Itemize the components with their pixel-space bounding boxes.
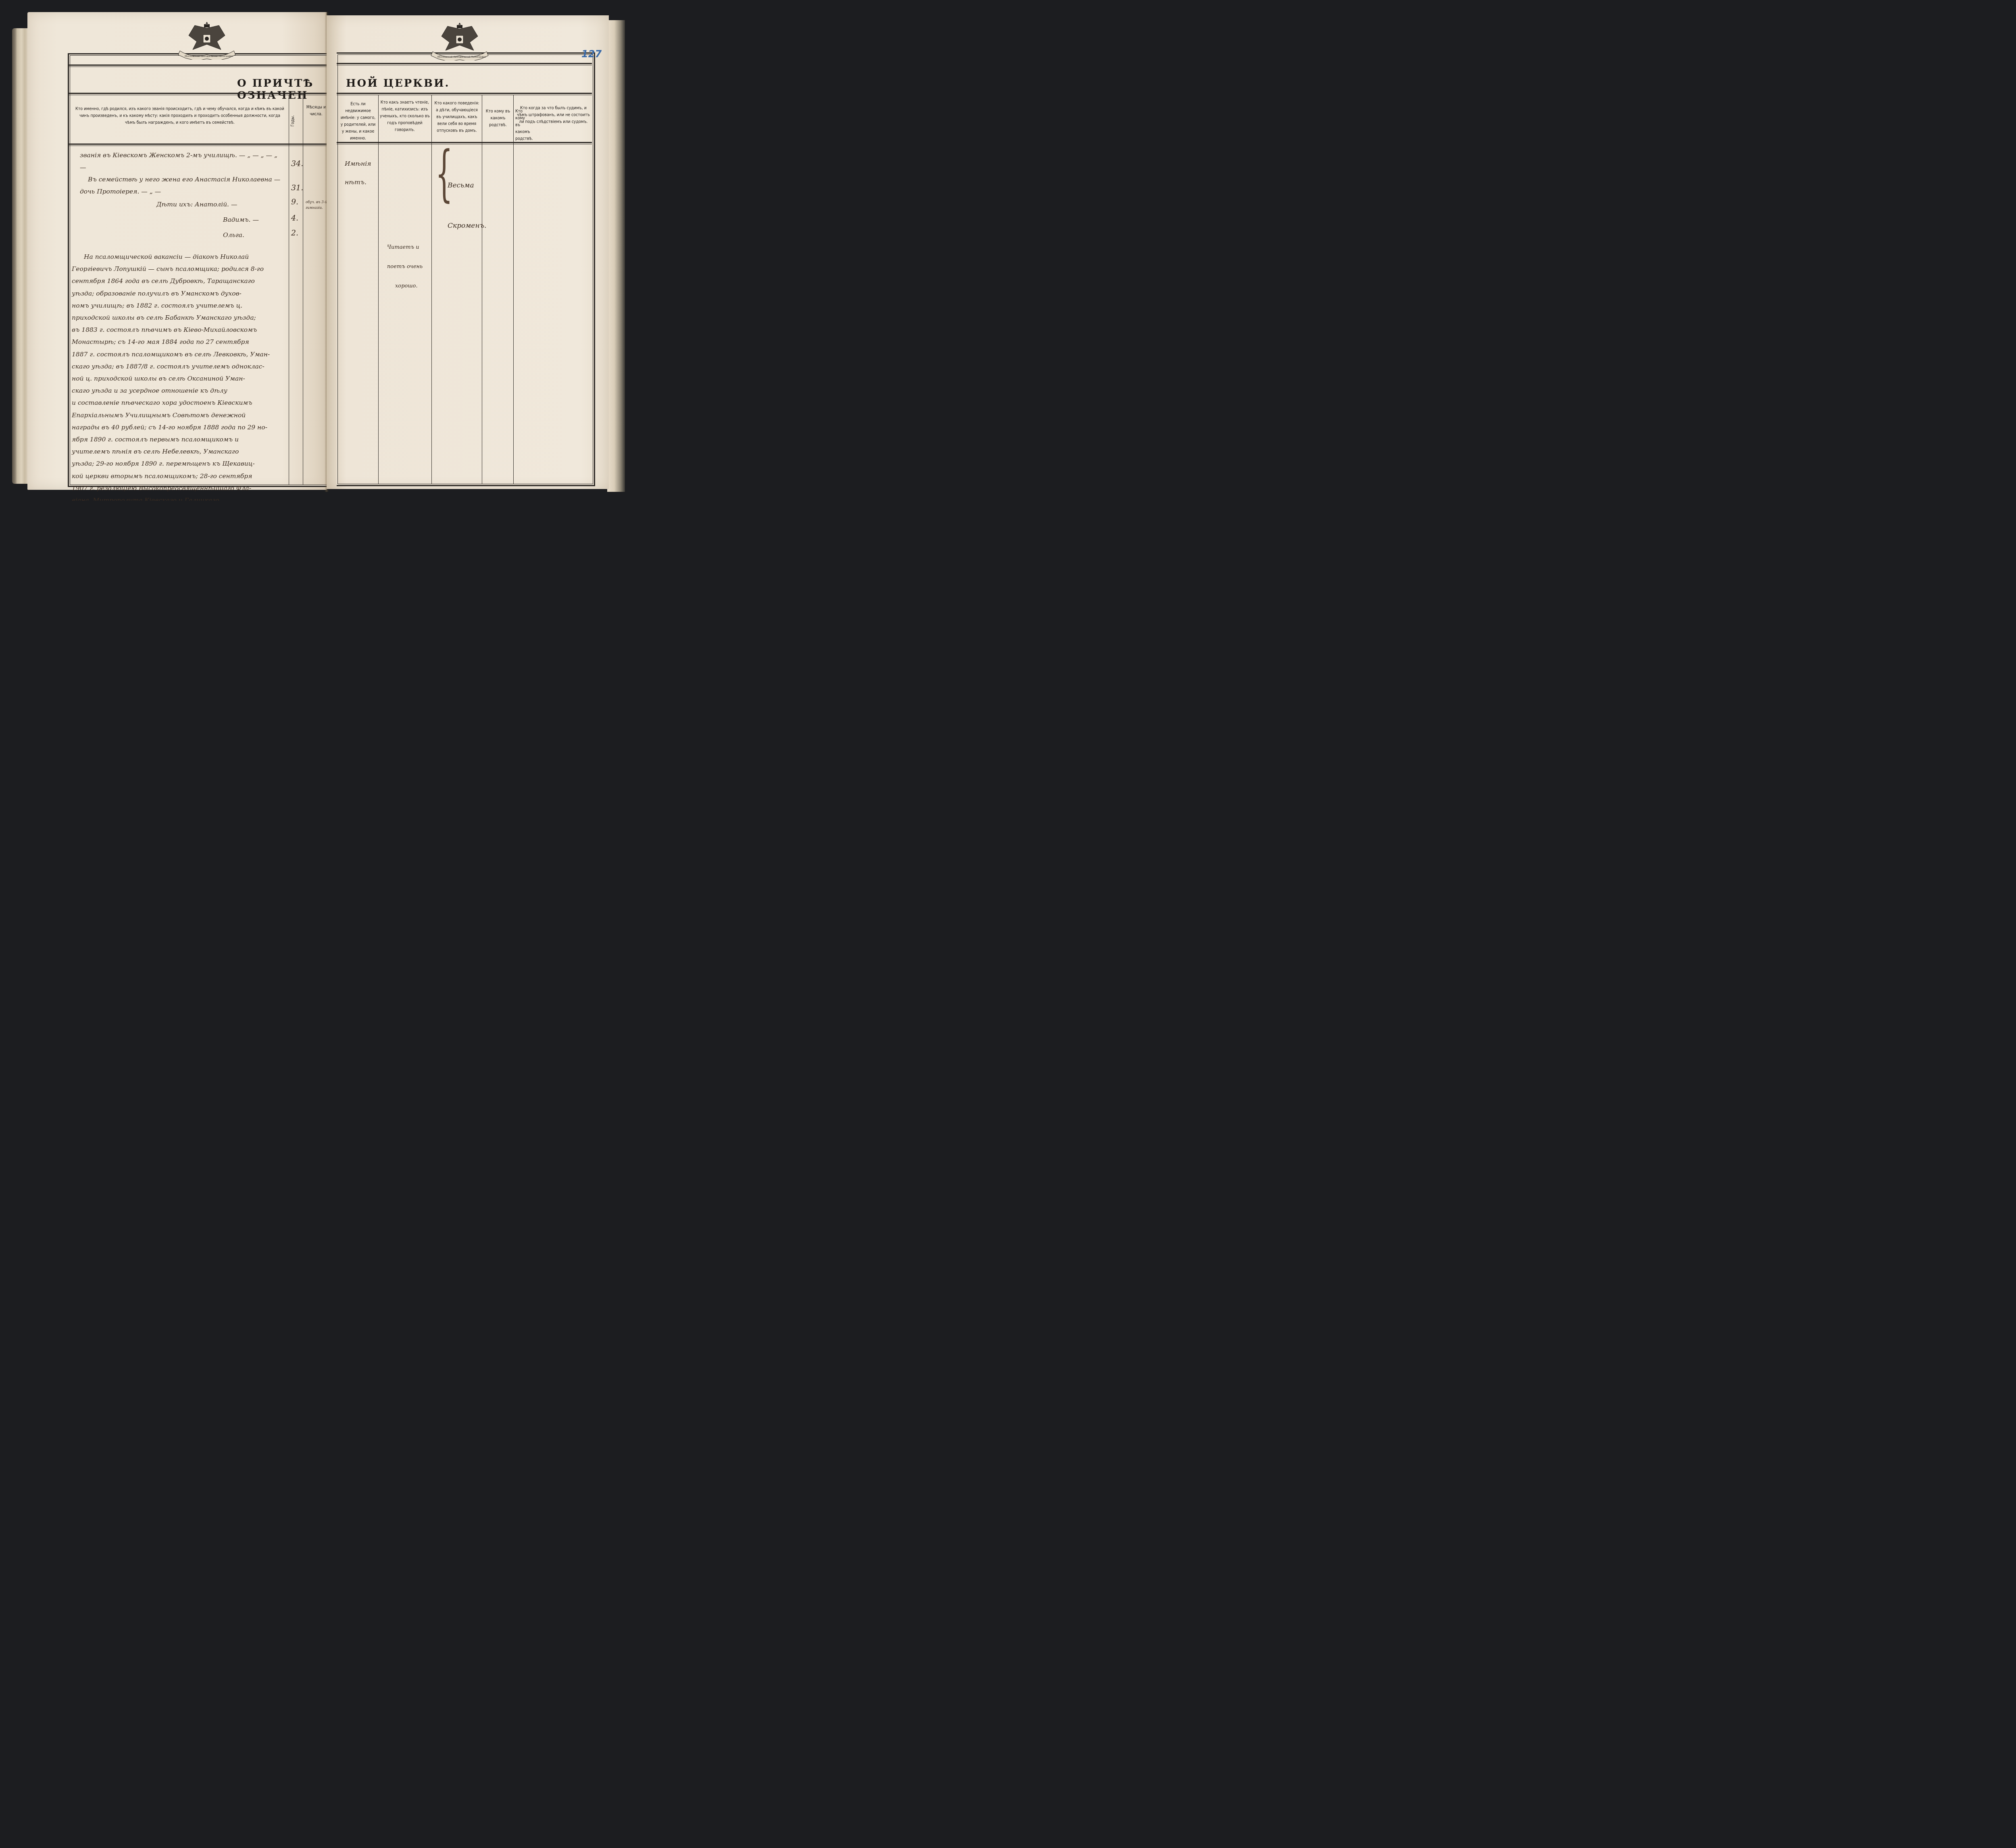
column-divider	[431, 95, 432, 484]
biography-line: Епархіальнымъ Училищнымъ Совѣтомъ денежн…	[72, 409, 289, 421]
header-rule-top	[69, 65, 330, 67]
biography-line: и составленіе пѣвческаго хора удостоенъ …	[72, 397, 289, 409]
page-title-left: О ПРИЧТѢ ОЗНАЧЕН	[237, 77, 327, 102]
imperial-eagle-emblem-icon: Московской Синодальной Типографіи	[429, 20, 490, 60]
imperial-eagle-emblem-icon: Московской Синодальной Типографіи	[177, 19, 237, 60]
column-header-property: Есть ли недвижимое имѣніе: у самого, у р…	[339, 101, 377, 142]
biography-line: учителемъ пѣнія въ селѣ Небелевкѣ, Уманс…	[72, 445, 289, 458]
column-header-main: Кто именно, гдѣ родился, изъ какого зван…	[75, 106, 285, 126]
column-header-years: Годы.	[289, 109, 302, 133]
biography-paragraph: На псаломщической вакансіи — діаконъ Ник…	[72, 251, 289, 501]
family-entry: Дѣти ихъ: Анатолій. —	[156, 198, 237, 210]
header-table-rule	[69, 144, 330, 146]
book-page-edge-left	[12, 28, 29, 484]
family-entry: Вадимъ. —	[223, 214, 259, 226]
biography-line: кой церкви вторымъ псаломщикомъ; 28-го с…	[72, 470, 289, 482]
column-divider	[482, 95, 482, 484]
biography-line: въ 1883 г. состоялъ пѣвчимъ въ Кіево-Мих…	[72, 324, 289, 336]
right-page: Московской Синодальной Типографіи 127 НО…	[327, 15, 609, 489]
age-value: 34.	[291, 159, 303, 168]
knowledge-entry: Читаетъ и поетъ очень хорошо.	[387, 238, 423, 296]
behavior-entry: Весьма Скроменъ.	[448, 165, 486, 246]
biography-line: 1887 г. состоялъ псаломщикомъ въ селѣ Ле…	[72, 348, 289, 360]
behavior-line: Скроменъ.	[448, 206, 486, 246]
age-value: 31.	[291, 183, 303, 192]
column-divider	[513, 95, 514, 484]
biography-line: На псаломщической вакансіи — діаконъ Ник…	[72, 251, 289, 263]
biography-line: сентября 1864 года въ селѣ Дубровкѣ, Тар…	[72, 275, 289, 287]
left-page: Московской Синодальной Типографіи О ПРИЧ…	[27, 12, 327, 490]
biography-line: номъ училищѣ; въ 1882 г. состоялъ учител…	[72, 300, 289, 312]
column-header-behavior: Кто какого поведенія: а дѣти, обучающіес…	[433, 100, 481, 134]
biography-line: ября 1890 г. состоялъ первымъ псаломщико…	[72, 433, 289, 445]
biography-line: скаго уѣзда и за усердное отношеніе къ д…	[72, 385, 289, 397]
behavior-line: Весьма	[448, 165, 486, 206]
family-entry: званія въ Кіевскомъ Женскомъ 2-мъ училищ…	[80, 149, 283, 173]
open-register-book: Московской Синодальной Типографіи О ПРИЧ…	[12, 12, 625, 496]
knowledge-line: Читаетъ и	[387, 238, 423, 257]
page-number: 127	[581, 48, 602, 60]
header-table-rule	[337, 142, 592, 144]
header-rule-top	[337, 63, 592, 65]
property-entry: Имѣнія нѣтъ.	[345, 154, 377, 191]
biography-line: скаго уѣзда; въ 1887/8 г. состоялъ учите…	[72, 360, 289, 373]
column-header-court: Кто когда за что былъ судимъ, и чѣмъ штр…	[516, 105, 591, 125]
family-entry: Въ семействѣ у него жена его Анастасія Н…	[80, 173, 283, 198]
biography-line: ной ц. приходской школы въ селѣ Оксанино…	[72, 373, 289, 385]
biography-line: награды въ 40 рублей; съ 14-го ноября 18…	[72, 421, 289, 433]
knowledge-line: поетъ очень	[387, 257, 423, 277]
column-divider	[378, 95, 379, 484]
header-rule-bottom	[69, 93, 330, 95]
column-header-knowledge: Кто какъ знаетъ чтеніе, пѣніе, катихизис…	[380, 99, 430, 133]
ribbon-text: Московской Синодальной Типографіи	[185, 55, 233, 58]
property-line: нѣтъ.	[345, 173, 377, 191]
biography-line: Георгіевичъ Лопушкій — сынъ псаломщика; …	[72, 263, 289, 275]
column-divider-months	[303, 95, 303, 485]
biography-line: 1907 г. резолюціею Высокопреосвященнѣйша…	[72, 482, 289, 494]
age-value: 2.	[291, 229, 298, 237]
family-entry: Ольга.	[223, 229, 244, 241]
biography-line: уѣзда; образованіе получилъ въ Уманскомъ…	[72, 287, 289, 300]
property-line: Имѣнія	[345, 154, 377, 173]
biography-line: приходской школы въ селѣ Бабанкѣ Уманска…	[72, 312, 289, 324]
age-value: 9.	[291, 198, 298, 206]
biography-line: Монастырѣ; съ 14-го мая 1884 года по 27 …	[72, 336, 289, 348]
header-rule-bottom	[337, 93, 592, 95]
ribbon-text: Московской Синодальной Типографіи	[437, 56, 486, 58]
page-title-right: НОЙ ЦЕРКВИ.	[346, 77, 450, 89]
biography-line: віана, Митрополита Кіевскаго и Галицкаго…	[72, 494, 289, 501]
biography-line: уѣзда; 29-го ноября 1890 г. перемѣщенъ к…	[72, 458, 289, 470]
age-value: 4.	[291, 214, 298, 223]
book-page-edge-right	[607, 20, 625, 492]
column-header-kinship: Кто кому въ какомъ родствѣ.	[485, 108, 511, 129]
knowledge-line: хорошо.	[387, 277, 423, 296]
